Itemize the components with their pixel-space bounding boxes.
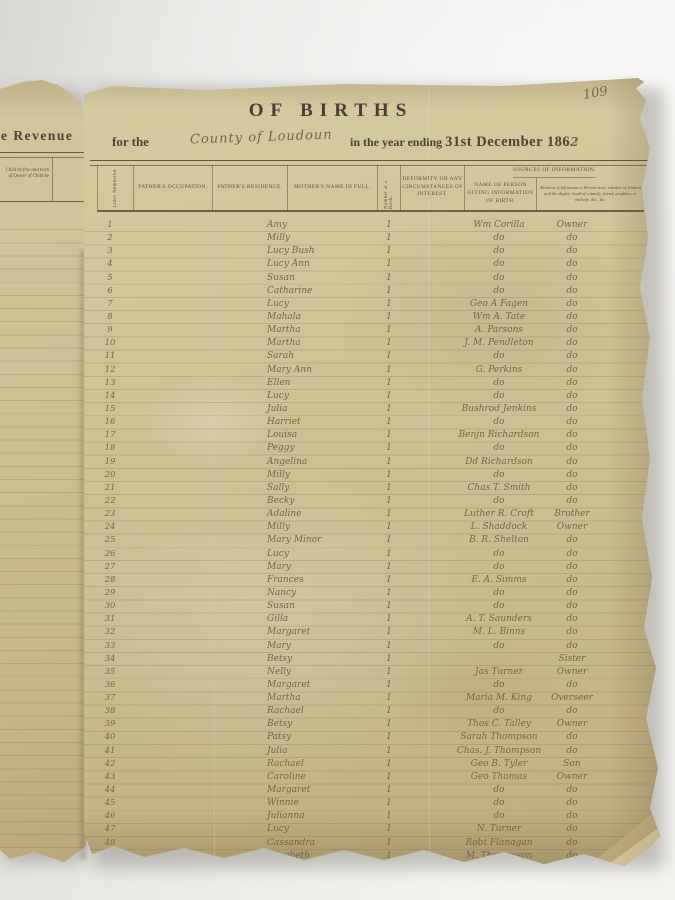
line-number: 36 <box>98 679 122 692</box>
line-number: 26 <box>98 548 122 561</box>
mother-name: Martha <box>267 692 379 705</box>
mother-name: Lucy Bush <box>267 245 379 258</box>
table-row: 44 Margaret 1 do do <box>84 784 666 797</box>
table-row: 47 Lucy 1 N. Turner do <box>84 823 666 836</box>
mother-name: Becky <box>267 495 379 508</box>
table-row: 19 Angelina 1 Dd Richardson do <box>84 456 666 469</box>
subtitle-year-line: in the year ending 31st December 1862 <box>350 133 579 151</box>
line-number: 32 <box>98 626 122 639</box>
table-row: 38 Rachael 1 do do <box>84 705 666 718</box>
table-row: 7 Lucy 1 Geo A Fagen do <box>84 298 666 311</box>
table-row: 30 Susan 1 do do <box>84 600 666 613</box>
line-number: 29 <box>98 587 122 600</box>
line-number: 6 <box>98 285 122 298</box>
mother-name: Nancy <box>267 587 379 600</box>
number-at-birth-value: 1 <box>380 548 398 561</box>
header-fathers-occupation: FATHER'S OCCUPATION. <box>134 165 213 210</box>
page-title: OF BIRTHS <box>231 100 431 122</box>
subtitle-for-the: for the <box>112 134 149 150</box>
line-number: 23 <box>98 508 122 521</box>
header-mothers-name: MOTHER'S NAME IN FULL. <box>288 165 378 210</box>
line-number: 47 <box>98 823 122 836</box>
line-number: 2 <box>98 232 122 245</box>
line-number: 34 <box>98 653 122 666</box>
number-at-birth-value: 1 <box>380 626 398 639</box>
mother-name: Peggy <box>267 442 379 455</box>
informant-relation: Owner <box>536 771 608 784</box>
table-row: 27 Mary 1 do do <box>84 561 666 574</box>
year-digit-handwritten: 2 <box>570 135 578 149</box>
informant-relation: do <box>536 482 608 495</box>
line-number: 19 <box>98 456 122 469</box>
line-number: 39 <box>98 718 122 731</box>
table-row: 8 Mahala 1 Wm A. Tate do <box>84 311 666 324</box>
number-at-birth-value: 1 <box>380 692 398 705</box>
line-number: 11 <box>98 350 122 363</box>
number-at-birth-value: 1 <box>380 640 398 653</box>
number-at-birth-value: 1 <box>380 823 398 836</box>
mother-name: Lucy <box>267 823 379 836</box>
informant-relation: do <box>536 613 608 626</box>
informant-relation: do <box>536 745 608 758</box>
table-row: 6 Catharine 1 do do <box>84 285 666 298</box>
informant-relation: do <box>536 324 608 337</box>
number-at-birth-value: 1 <box>380 298 398 311</box>
informant-relation: do <box>536 640 608 653</box>
informant-relation: do <box>536 285 608 298</box>
mother-name: Angelina <box>267 456 379 469</box>
table-row: 37 Martha 1 Maria M. King Overseer <box>84 692 666 705</box>
mother-name: Mary Minor <box>267 534 379 547</box>
informant-relation: do <box>536 232 608 245</box>
informant-relation: do <box>536 705 608 718</box>
number-at-birth-value: 1 <box>380 219 398 232</box>
number-at-birth-value: 1 <box>380 758 398 771</box>
county-handwritten: County of Loudoun <box>190 128 333 148</box>
header-number-at-birth: Number at a Birth. <box>378 165 401 210</box>
line-number: 14 <box>98 390 122 403</box>
table-row: 46 Julianna 1 do do <box>84 810 666 823</box>
table-row: 12 Mary Ann 1 G. Perkins do <box>84 364 666 377</box>
number-at-birth-value: 1 <box>380 442 398 455</box>
number-at-birth-value: 1 <box>380 337 398 350</box>
number-at-birth-value: 1 <box>380 534 398 547</box>
mother-name: Mahala <box>267 311 379 324</box>
mother-name: Sarah <box>267 350 379 363</box>
table-row: 40 Patsy 1 Sarah Thompson do <box>84 731 666 744</box>
table-header: Lines Numbered. FATHER'S OCCUPATION. FAT… <box>97 165 644 212</box>
informant-relation: Brother <box>536 508 608 521</box>
mother-name: Lucy <box>267 390 379 403</box>
line-number: 37 <box>98 692 122 705</box>
informant-relation: Son <box>536 758 608 771</box>
table-row: 36 Margaret 1 do do <box>84 679 666 692</box>
table-row: 31 Gilla 1 A. T. Saunders do <box>84 613 666 626</box>
number-at-birth-value: 1 <box>380 745 398 758</box>
number-at-birth-value: 1 <box>380 377 398 390</box>
informant-relation: do <box>536 258 608 271</box>
line-number: 4 <box>98 258 122 271</box>
table-row: 20 Milly 1 do do <box>84 469 666 482</box>
number-at-birth-value: 1 <box>380 508 398 521</box>
mother-name: Amy <box>267 219 379 232</box>
mother-name: Rachael <box>267 758 379 771</box>
number-at-birth-value: 1 <box>380 416 398 429</box>
line-number: 43 <box>98 771 122 784</box>
informant-relation: do <box>536 534 608 547</box>
line-number: 31 <box>98 613 122 626</box>
informant-relation: do <box>536 403 608 416</box>
informant-relation: do <box>536 469 608 482</box>
mother-name: Patsy <box>267 731 379 744</box>
number-at-birth-value: 1 <box>380 285 398 298</box>
mother-name: Susan <box>267 272 379 285</box>
line-number: 7 <box>98 298 122 311</box>
number-at-birth-value: 1 <box>380 482 398 495</box>
mother-name: Mary <box>267 561 379 574</box>
informant-relation: do <box>536 456 608 469</box>
informant-relation: do <box>536 574 608 587</box>
header-deformity: DEFORMITY OR ANY CIRCUMSTANCES OF INTERE… <box>401 165 465 210</box>
line-number: 33 <box>98 640 122 653</box>
table-row: 21 Sally 1 Chas T. Smith do <box>84 482 666 495</box>
mother-name: Margaret <box>267 784 379 797</box>
number-at-birth-value: 1 <box>380 521 398 534</box>
informant-relation: do <box>536 587 608 600</box>
header-sources-of-information: SOURCES OF INFORMATION. NAME OF PERSON G… <box>465 165 644 210</box>
lines-numbered-label: Lines Numbered. <box>113 168 118 207</box>
line-number: 24 <box>98 521 122 534</box>
number-at-birth-value: 1 <box>380 679 398 692</box>
informant-relation: do <box>536 823 608 836</box>
informant-relation: Owner <box>536 521 608 534</box>
informant-relation: Owner <box>536 666 608 679</box>
header-informant-relation: Relation of Informant to Person born, wh… <box>537 178 644 210</box>
table-row: 34 Betsy 1 Sister <box>84 653 666 666</box>
number-at-birth-value: 1 <box>380 587 398 600</box>
mother-name: Julia <box>267 403 379 416</box>
number-at-birth-value: 1 <box>380 718 398 731</box>
informant-relation: do <box>536 337 608 350</box>
number-at-birth-value: 1 <box>380 666 398 679</box>
line-number: 3 <box>98 245 122 258</box>
number-at-birth-value: 1 <box>380 311 398 324</box>
mother-name: Mary Ann <box>267 364 379 377</box>
informant-relation: do <box>536 390 608 403</box>
informant-relation: do <box>536 350 608 363</box>
table-row: 3 Lucy Bush 1 do do <box>84 245 666 258</box>
mother-name: Milly <box>267 469 379 482</box>
line-number: 17 <box>98 429 122 442</box>
line-number: 10 <box>98 337 122 350</box>
number-at-birth-value: 1 <box>380 731 398 744</box>
number-at-birth-value: 1 <box>380 390 398 403</box>
informant-relation: do <box>536 377 608 390</box>
mother-name: Betsy <box>267 718 379 731</box>
mother-name: Milly <box>267 232 379 245</box>
mother-name: Julia <box>267 745 379 758</box>
informant-relation: Overseer <box>536 692 608 705</box>
table-row: 24 Milly 1 L. Shaddock Owner <box>84 521 666 534</box>
subtitle-year-text: in the year ending <box>350 135 442 149</box>
mother-name: Julianna <box>267 810 379 823</box>
number-at-birth-value: 1 <box>380 469 398 482</box>
table-row: 48 Cassandra 1 Robt Flanagan do <box>84 837 666 850</box>
mother-name: Margaret <box>267 626 379 639</box>
line-number: 40 <box>98 731 122 744</box>
informant-relation: Owner <box>536 219 608 232</box>
table-row: 15 Julia 1 Bushrod Jenkins do <box>84 403 666 416</box>
table-row: 43 Caroline 1 Geo Thomas Owner <box>84 771 666 784</box>
mother-name: Harriet <box>267 416 379 429</box>
line-number: 28 <box>98 574 122 587</box>
line-number: 18 <box>98 442 122 455</box>
informant-relation: do <box>536 679 608 692</box>
mother-name: Adaline <box>267 508 379 521</box>
table-row: 39 Betsy 1 Thos C. Talley Owner <box>84 718 666 731</box>
line-number: 42 <box>98 758 122 771</box>
table-row: 22 Becky 1 do do <box>84 495 666 508</box>
informant-relation: do <box>536 626 608 639</box>
register-entries: 1 Amy 1 Wm Corilla Owner 2 Milly 1 do do… <box>84 219 666 863</box>
line-number: 22 <box>98 495 122 508</box>
line-number: 8 <box>98 311 122 324</box>
table-row: 42 Rachael 1 Geo B. Tyler Son <box>84 758 666 771</box>
line-number: 5 <box>98 272 122 285</box>
informant-relation: do <box>536 272 608 285</box>
mother-name: Rachael <box>267 705 379 718</box>
table-row: 1 Amy 1 Wm Corilla Owner <box>84 219 666 232</box>
line-number: 38 <box>98 705 122 718</box>
table-row: 23 Adaline 1 Luther R. Croft Brother <box>84 508 666 521</box>
number-at-birth-value: 1 <box>380 364 398 377</box>
informant-relation: do <box>536 731 608 744</box>
mother-name: Lucy <box>267 548 379 561</box>
informant-relation: do <box>536 495 608 508</box>
number-at-birth-value: 1 <box>380 810 398 823</box>
line-number: 15 <box>98 403 122 416</box>
informant-relation: do <box>536 429 608 442</box>
number-at-birth-value: 1 <box>380 232 398 245</box>
table-row: 32 Margaret 1 M. L. Binns do <box>84 626 666 639</box>
table-row: 14 Lucy 1 do do <box>84 390 666 403</box>
table-row: 41 Julia 1 Chas. J. Thompson do <box>84 745 666 758</box>
number-at-birth-value: 1 <box>380 429 398 442</box>
mother-name: Catharine <box>267 285 379 298</box>
mother-name: Frances <box>267 574 379 587</box>
mother-name: Caroline <box>267 771 379 784</box>
number-at-birth-value: 1 <box>380 613 398 626</box>
number-at-birth-value: 1 <box>380 653 398 666</box>
left-page-entries <box>0 80 86 862</box>
number-at-birth-value: 1 <box>380 272 398 285</box>
mother-name: Winnie <box>267 797 379 810</box>
informant-relation: Owner <box>536 718 608 731</box>
line-number: 16 <box>98 416 122 429</box>
mother-name: Louisa <box>267 429 379 442</box>
informant-relation: do <box>536 311 608 324</box>
number-at-birth-value: 1 <box>380 456 398 469</box>
line-number: 45 <box>98 797 122 810</box>
informant-relation: do <box>536 797 608 810</box>
informant-relation: do <box>536 298 608 311</box>
mother-name: Cassandra <box>267 837 379 850</box>
table-row: 10 Martha 1 J. M. Pendleton do <box>84 337 666 350</box>
line-number: 44 <box>98 784 122 797</box>
birth-register-page: 109 OF BIRTHS for the County of Loudoun … <box>84 78 666 866</box>
informant-relation: do <box>536 810 608 823</box>
number-at-birth-value: 1 <box>380 245 398 258</box>
informant-relation: Sister <box>536 653 608 666</box>
number-at-birth-value: 1 <box>380 350 398 363</box>
informant-relation: do <box>536 784 608 797</box>
informant-relation: do <box>536 416 608 429</box>
number-at-birth-value: 1 <box>380 771 398 784</box>
mother-name: Margaret <box>267 679 379 692</box>
table-row: 35 Nelly 1 Jas Turner Owner <box>84 666 666 679</box>
number-at-birth-value: 1 <box>380 561 398 574</box>
mother-name: Lucy <box>267 298 379 311</box>
table-row: 29 Nancy 1 do do <box>84 587 666 600</box>
table-row: 45 Winnie 1 do do <box>84 797 666 810</box>
number-at-birth-value: 1 <box>380 495 398 508</box>
number-at-birth-value: 1 <box>380 797 398 810</box>
informant-relation: do <box>536 837 608 850</box>
line-number: 46 <box>98 810 122 823</box>
table-row: 4 Lucy Ann 1 do do <box>84 258 666 271</box>
line-number: 13 <box>98 377 122 390</box>
mother-name: Mary <box>267 640 379 653</box>
number-at-birth-value: 1 <box>380 837 398 850</box>
mother-name: Susan <box>267 600 379 613</box>
line-number: 30 <box>98 600 122 613</box>
mother-name: Lucy Ann <box>267 258 379 271</box>
table-row: 11 Sarah 1 do do <box>84 350 666 363</box>
informant-relation: do <box>536 364 608 377</box>
sources-label-band: SOURCES OF INFORMATION. <box>513 165 596 178</box>
number-at-birth-value: 1 <box>380 324 398 337</box>
header-informant-name: NAME OF PERSON GIVING INFORMATION OF BIR… <box>465 178 537 210</box>
line-number: 9 <box>98 324 122 337</box>
left-register-page: e Revenue Child be free and born of Owne… <box>0 80 86 862</box>
table-row: 9 Martha 1 A. Parsons do <box>84 324 666 337</box>
table-row: 18 Peggy 1 do do <box>84 442 666 455</box>
mother-name: Milly <box>267 521 379 534</box>
informant-relation: do <box>536 600 608 613</box>
number-at-birth-label: Number at a Birth. <box>384 166 394 209</box>
line-number: 12 <box>98 364 122 377</box>
number-at-birth-value: 1 <box>380 600 398 613</box>
table-row: 16 Harriet 1 do do <box>84 416 666 429</box>
table-row: 13 Ellen 1 do do <box>84 377 666 390</box>
number-at-birth-value: 1 <box>380 258 398 271</box>
table-row: 33 Mary 1 do do <box>84 640 666 653</box>
informant-relation: do <box>536 561 608 574</box>
mother-name: Betsy <box>267 653 379 666</box>
mother-name: Ellen <box>267 377 379 390</box>
mother-name: Nelly <box>267 666 379 679</box>
header-lines-numbered: Lines Numbered. <box>98 165 134 210</box>
table-row: 17 Louisa 1 Benjn Richardson do <box>84 429 666 442</box>
page-number: 109 <box>582 84 609 103</box>
mother-name: Sally <box>267 482 379 495</box>
line-number: 20 <box>98 469 122 482</box>
table-row: 5 Susan 1 do do <box>84 272 666 285</box>
table-row: 25 Mary Minor 1 B. R. Shelton do <box>84 534 666 547</box>
subtitle-date-text: 31st December 186 <box>445 134 570 150</box>
informant-relation: do <box>536 442 608 455</box>
mother-name: Martha <box>267 324 379 337</box>
line-number: 21 <box>98 482 122 495</box>
table-row: 28 Frances 1 E. A. Simms do <box>84 574 666 587</box>
header-fathers-residence: FATHER'S RESIDENCE. <box>213 165 288 210</box>
mother-name: Martha <box>267 337 379 350</box>
table-row: 2 Milly 1 do do <box>84 232 666 245</box>
line-number: 35 <box>98 666 122 679</box>
number-at-birth-value: 1 <box>380 705 398 718</box>
number-at-birth-value: 1 <box>380 403 398 416</box>
number-at-birth-value: 1 <box>380 784 398 797</box>
informant-relation: do <box>536 548 608 561</box>
line-number: 27 <box>98 561 122 574</box>
informant-relation: do <box>536 245 608 258</box>
mother-name: Gilla <box>267 613 379 626</box>
line-number: 25 <box>98 534 122 547</box>
table-row: 26 Lucy 1 do do <box>84 548 666 561</box>
sources-subcolumns: NAME OF PERSON GIVING INFORMATION OF BIR… <box>465 178 644 210</box>
line-number: 41 <box>98 745 122 758</box>
number-at-birth-value: 1 <box>380 574 398 587</box>
line-number: 1 <box>98 219 122 232</box>
